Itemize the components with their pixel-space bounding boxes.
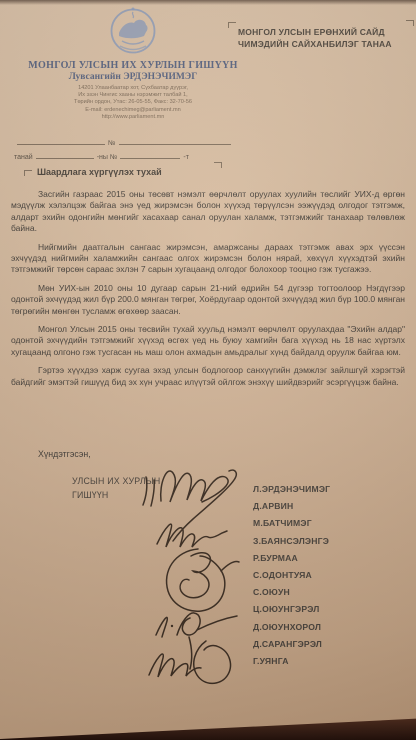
date-number-row: № bbox=[14, 136, 264, 150]
recipient-block: МОНГОЛ УЛСЫН ЕРӨНХИЙ САЙД ЧИМЭДИЙН САЙХА… bbox=[228, 20, 414, 50]
signature-title-line: УЛСЫН ИХ ХУРЛЫН bbox=[72, 474, 160, 488]
address-line: Төрийн ордон, Утас: 26-05-55, Факс: 32-7… bbox=[10, 99, 256, 106]
signatory-name: Д.САРАНГЭРЭЛ bbox=[253, 636, 330, 653]
corner-mark-icon bbox=[24, 170, 32, 176]
letterhead: МОНГОЛ УЛСЫН ИХ ХУРЛЫН ГИШҮҮН Лувсангийн… bbox=[10, 5, 256, 121]
body-paragraph: Нийгмийн даатгалын сангаас жирэмсэн, ама… bbox=[11, 242, 405, 276]
recipient-name: ЧИМЭДИЙН САЙХАНБИЛЭГ ТАНАА bbox=[238, 38, 414, 50]
letterhead-member-name: Лувсангийн ЭРДЭНЭЧИМЭГ bbox=[10, 72, 256, 82]
signatory-name: Д.АРВИН bbox=[253, 498, 330, 515]
signature-title-line: ГИШҮҮН bbox=[72, 488, 160, 502]
address-line: http://www.parliament.mn bbox=[10, 114, 256, 121]
state-emblem-icon bbox=[106, 5, 160, 59]
corner-mark-icon bbox=[406, 20, 414, 26]
body-paragraph: Монгол Улсын 2015 оны төсвийн тухай хуул… bbox=[11, 324, 405, 358]
signatory-name: З.БАЯНСЭЛЭНГЭ bbox=[253, 533, 330, 550]
blank-line bbox=[119, 136, 231, 145]
letter-body: Засгийн газраас 2015 оны төсөвт нэмэлт ө… bbox=[11, 189, 405, 395]
blank-line bbox=[36, 150, 94, 159]
subject-line: Шаардлага хүргүүлэх тухай bbox=[37, 167, 222, 177]
signatory-name: Ц.ОЮУНГЭРЭЛ bbox=[253, 601, 330, 618]
signatory-names: Л.ЭРДЭНЭЧИМЭГ Д.АРВИН М.БАТЧИМЭГ З.БАЯНС… bbox=[253, 481, 330, 670]
signatory-name: С.ОДОНТУЯА bbox=[253, 567, 330, 584]
body-paragraph: Гэртээ хүүхдээ харж суугаа эхэд улсын бо… bbox=[11, 365, 405, 388]
body-paragraph: Засгийн газраас 2015 оны төсөвт нэмэлт ө… bbox=[11, 189, 405, 235]
signature-title: УЛСЫН ИХ ХУРЛЫН ГИШҮҮН bbox=[72, 474, 160, 502]
signatory-name: Г.УЯНГА bbox=[253, 653, 330, 670]
signatory-name: Л.ЭРДЭНЭЧИМЭГ bbox=[253, 481, 330, 498]
signatory-name: Р.БУРМАА bbox=[253, 550, 330, 567]
letterhead-address: 14201 Улаанбаатар хот, Сүхбаатар дүүрэг,… bbox=[10, 85, 256, 121]
corner-mark-icon bbox=[214, 162, 222, 168]
number-symbol: № bbox=[108, 140, 116, 147]
signatory-name: М.БАТЧИМЭГ bbox=[253, 515, 330, 532]
subject-block: Шаардлага хүргүүлэх тухай bbox=[24, 160, 222, 177]
signatory-name: Д.ОЮУНХОРОЛ bbox=[253, 619, 330, 636]
signatory-name: С.ОЮУН bbox=[253, 584, 330, 601]
closing-salutation: Хүндэтгэсэн, bbox=[38, 449, 91, 459]
photo-top-shadow bbox=[0, 0, 416, 5]
body-paragraph: Мөн УИХ-ын 2010 оны 10 дугаар сарын 21-н… bbox=[11, 283, 405, 317]
letterhead-organization: МОНГОЛ УЛСЫН ИХ ХУРЛЫН ГИШҮҮН bbox=[10, 60, 256, 71]
corner-mark-icon bbox=[228, 22, 236, 28]
blank-line bbox=[120, 150, 180, 159]
recipient-title: МОНГОЛ УЛСЫН ЕРӨНХИЙ САЙД bbox=[238, 26, 414, 38]
document-photo: МОНГОЛ УЛСЫН ИХ ХУРЛЫН ГИШҮҮН Лувсангийн… bbox=[0, 0, 416, 740]
blank-line bbox=[17, 136, 105, 145]
address-line: E-mail: erdenechimeg@parliament.mn bbox=[10, 107, 256, 114]
